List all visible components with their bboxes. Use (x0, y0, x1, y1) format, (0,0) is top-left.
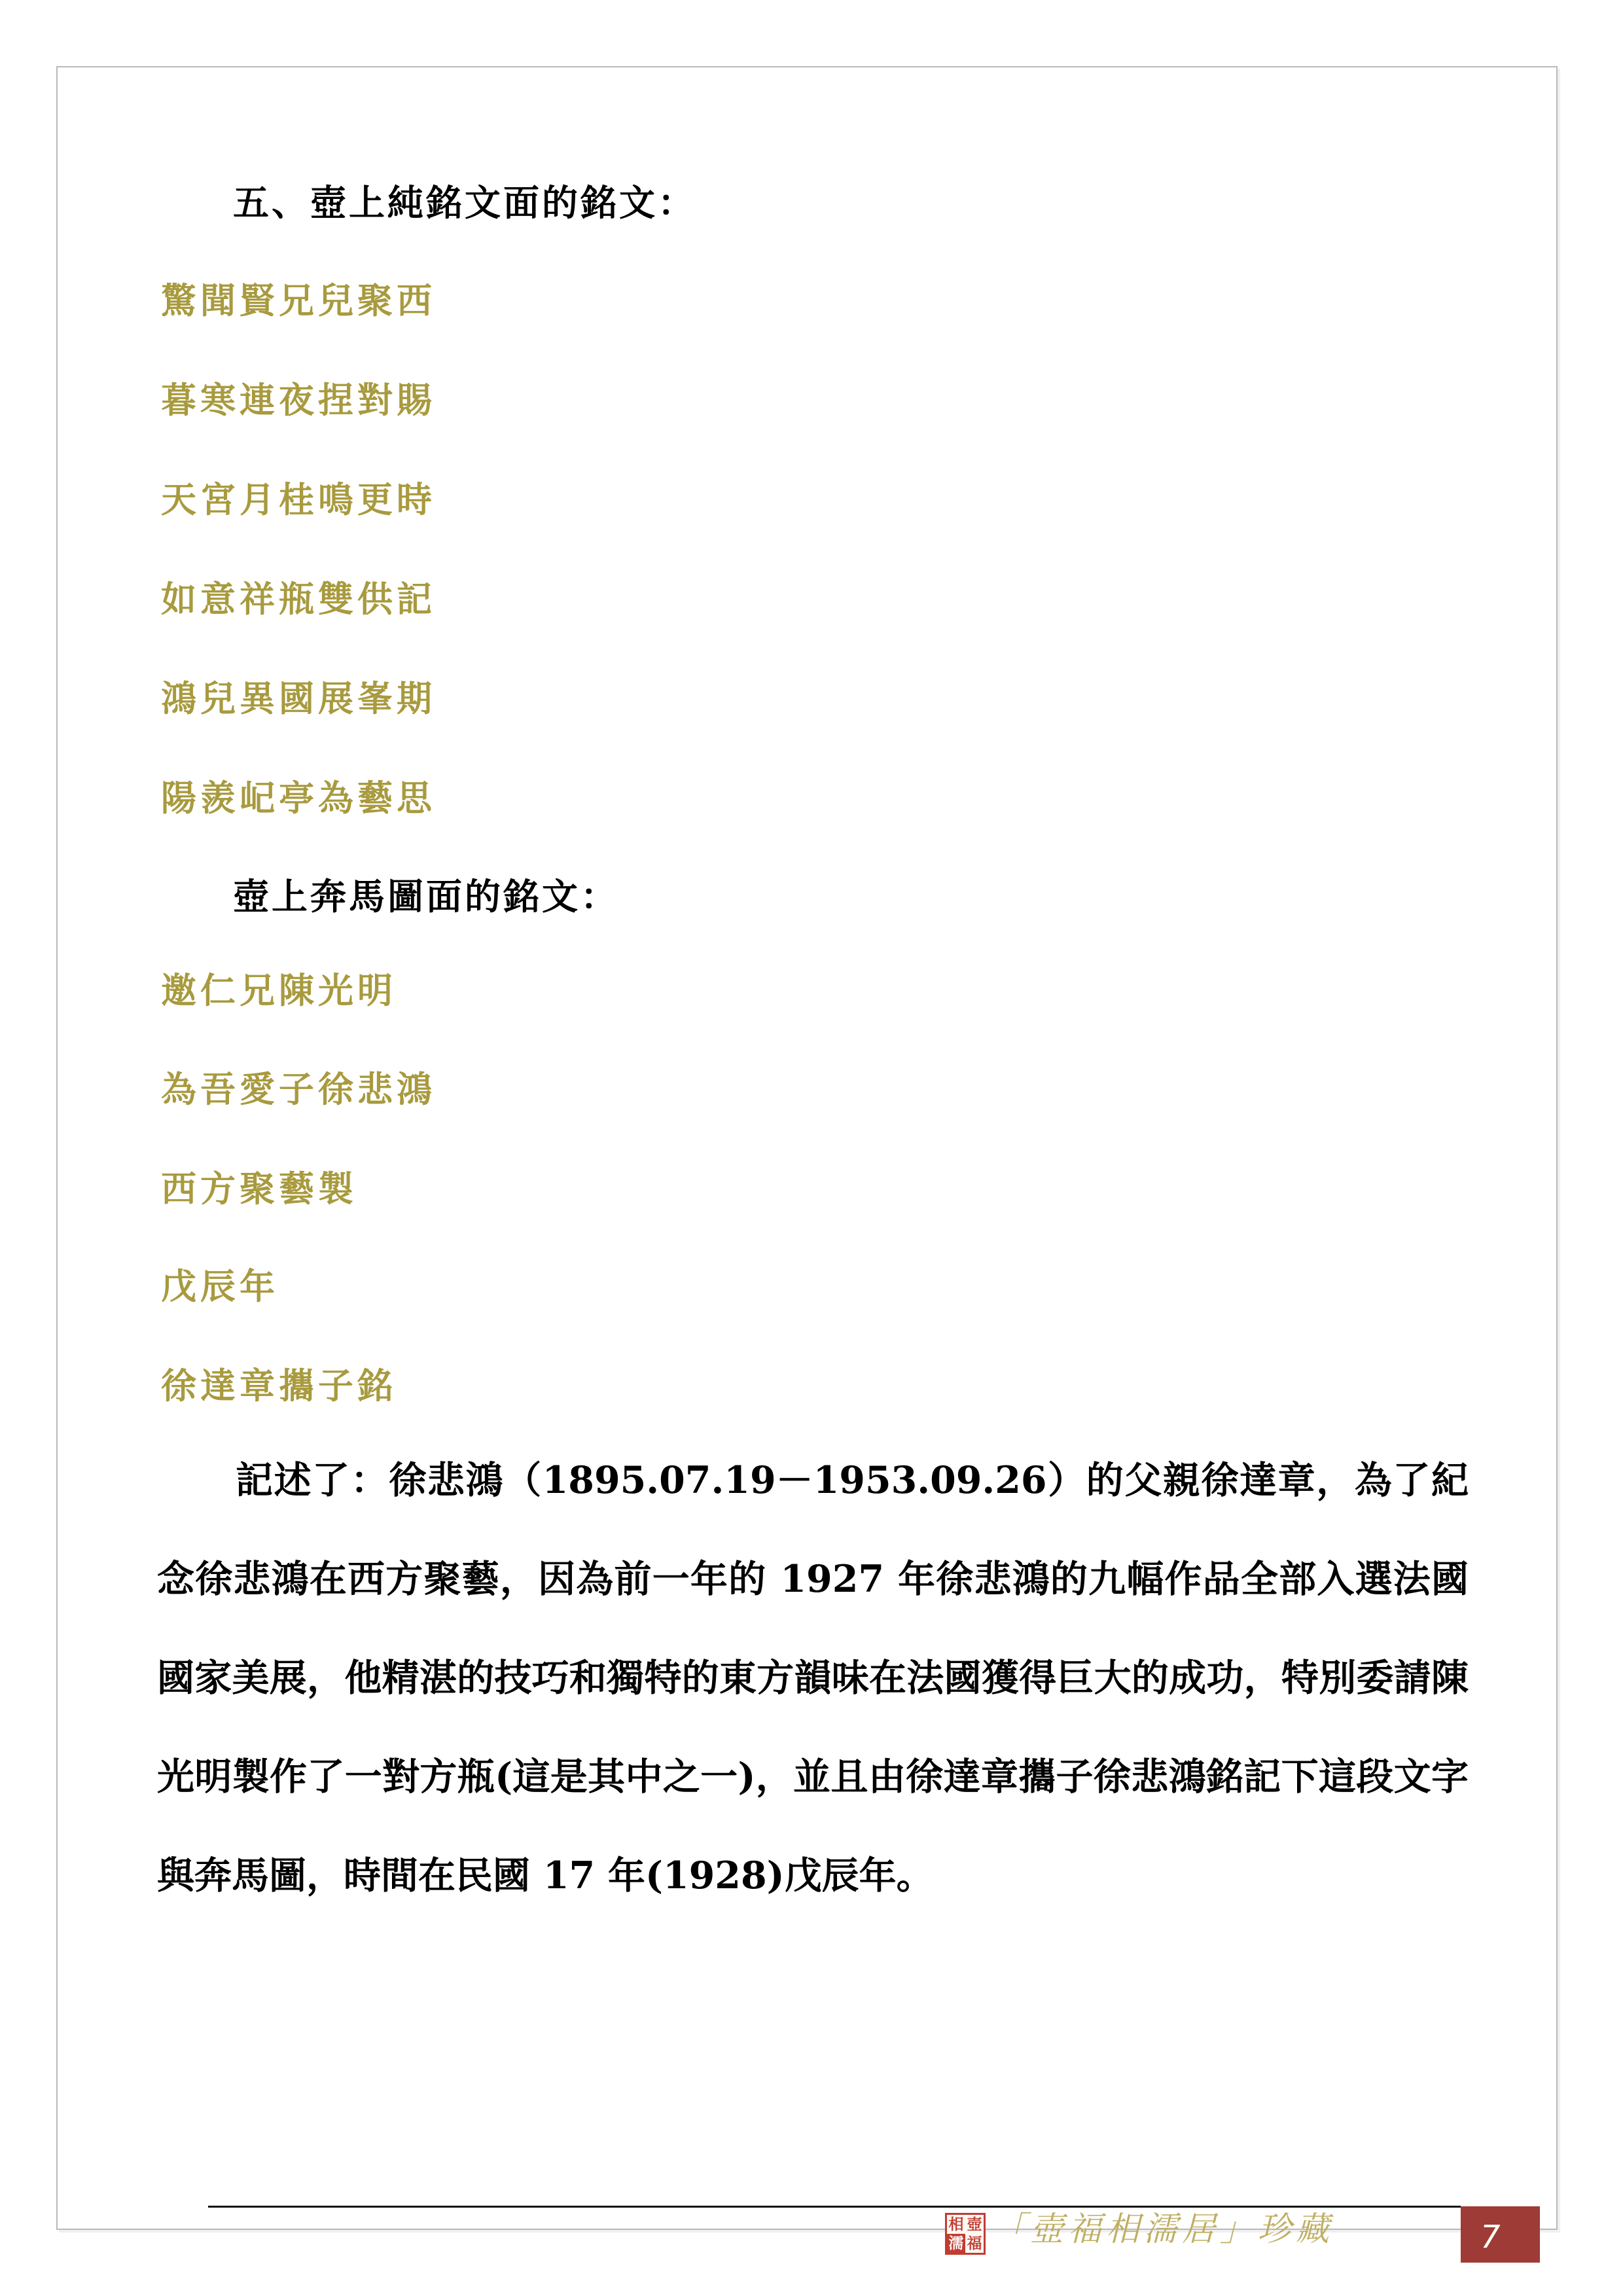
inscription-line-2: 暮寒連夜捏對賜 (161, 381, 436, 419)
inscription-line-11: 徐達章攜子銘 (161, 1367, 397, 1405)
seal-character: 濡 (947, 2234, 965, 2253)
section-heading-horse-inscription: 壺上奔馬圖面的銘文： (233, 877, 619, 916)
inscription-line-6: 陽羨屺亭為藝思 (161, 779, 436, 817)
description-paragraph: 記述了：徐悲鴻（1895.07.19－1953.09.26）的父親徐達章，為了紀… (157, 1431, 1469, 1925)
inscription-line-9: 西方聚藝製 (161, 1170, 357, 1208)
inscription-line-4: 如意祥瓶雙供記 (161, 580, 436, 618)
seal-character: 壺 (965, 2215, 984, 2234)
footer-rule (208, 2206, 1461, 2208)
section-heading-plain-inscription: 五、壺上純銘文面的銘文： (233, 183, 696, 223)
seal-character: 相 (947, 2215, 965, 2234)
inscription-line-1: 驚聞賢兄兒聚西 (161, 281, 436, 319)
inscription-line-3: 天宮月桂鳴更時 (161, 480, 436, 518)
page-number: 7 (1461, 2214, 1501, 2255)
inscription-line-7: 邀仁兄陳光明 (161, 971, 397, 1009)
document-page: 五、壺上純銘文面的銘文： 驚聞賢兄兒聚西 暮寒連夜捏對賜 天宮月桂鳴更時 如意祥… (0, 0, 1623, 2296)
inscription-line-5: 鴻兒異國展峯期 (161, 679, 436, 717)
collection-label: 「壺福相濡居」珍藏 (992, 2212, 1334, 2248)
collection-seal: 相 壺 濡 福 (945, 2213, 986, 2255)
inscription-line-10: 戊辰年 (161, 1267, 279, 1305)
seal-character: 福 (965, 2234, 984, 2253)
inscription-line-8: 為吾愛子徐悲鴻 (161, 1070, 436, 1108)
page-number-badge: 7 (1461, 2206, 1540, 2263)
